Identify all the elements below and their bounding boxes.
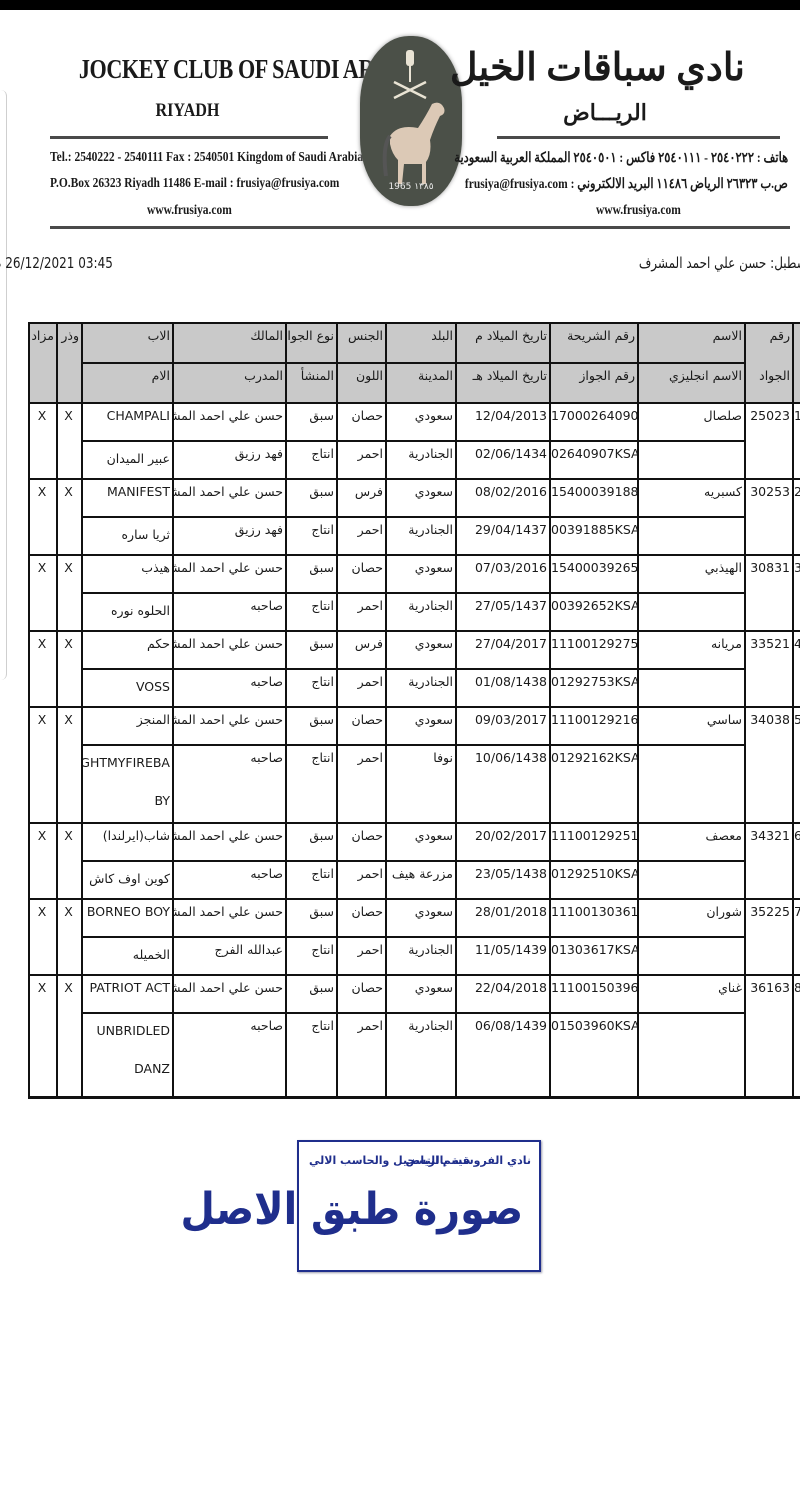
cell-dob_g: 28/01/2018 [455,898,549,936]
cell-passport: 01303617KSA [549,936,637,974]
cell-type: سبق [285,402,336,440]
cell-name: غناي [637,974,744,1012]
stamp-dept: قسم التسجيل والحاسب الالي [309,1154,470,1167]
grid-line [637,322,639,1097]
cell-mazad: X [28,822,56,860]
cell-country: سعودي [385,822,455,860]
cell-horse_no: 30253 [744,478,792,516]
cell-sex: حصان [336,974,385,1012]
cell-horse_no: 34321 [744,822,792,860]
cell-passport: 02640907KSA [549,440,637,478]
grid-line [28,630,800,632]
cell-wathr: X [56,822,81,860]
cell-type: سبق [285,630,336,668]
cell-type: سبق [285,478,336,516]
cell-sex: حصان [336,706,385,744]
cell-horse_no: 35225 [744,898,792,936]
grid-line [81,936,744,938]
header-dob_g: تاريخ الميلاد م [455,322,549,362]
divider [497,136,780,139]
cell-dob_h: 02/06/1434 [455,440,549,478]
cell-sire: شاب(ايرلندا) [81,822,172,860]
cell-sex: حصان [336,898,385,936]
cell-color: احمر [336,1012,385,1097]
cell-name: ساسي [637,706,744,744]
grid-line [81,440,744,442]
cell-passport: 01292753KSA [549,668,637,706]
status-bar [0,0,800,10]
cell-chip: 111001503960 [549,974,637,1012]
cell-sire: PATRIOT ACT [81,974,172,1012]
cell-passport: 00391885KSA [549,516,637,554]
english-contact-line: Tel.: 2540222 - 2540111 Fax : 2540501 Ki… [50,150,363,166]
header-country: البلد [385,322,455,362]
cell-dam: عبير الميدان [81,440,172,478]
cell-owner: حسن علي احمد المشرف [172,478,285,516]
cell-en_name [637,440,744,478]
header-name: الاسم [637,322,744,362]
english-website: www.frusiya.com [147,203,232,219]
cell-chip: 111001303617 [549,898,637,936]
arabic-address-line: ص.ب ٢٦٣٢٣ الرياض ١١٤٨٦ البريد الالكتروني… [465,176,788,193]
grid-line [549,322,551,1097]
cell-type: سبق [285,822,336,860]
cell-sire: هيذب [81,554,172,592]
grid-line [28,322,30,1097]
cell-wathr: X [56,554,81,592]
cell-dob_g: 12/04/2013 [455,402,549,440]
grid-line [744,322,746,1097]
cell-en_name [637,668,744,706]
cell-sex: فرس [336,478,385,516]
cell-color: احمر [336,744,385,822]
header-mazad: مزاد [28,322,56,402]
grid-line [81,516,744,518]
cell-owner: حسن علي احمد المشرف [172,974,285,1012]
cell-sex: حصان [336,822,385,860]
header-dam: الام [81,362,172,402]
header-color: اللون [336,362,385,402]
header-trainer: المدرب [172,362,285,402]
grid-line [336,322,338,1097]
header-dob_h: تاريخ الميلاد هـ [455,362,549,402]
cell-dam: ثريا ساره [81,516,172,554]
cell-name: كسبريه [637,478,744,516]
grid-line [81,744,744,746]
cell-chip: 111001292753 [549,630,637,668]
grid-line [56,322,58,1097]
cell-color: احمر [336,592,385,630]
cell-sire: BORNEO BOY [81,898,172,936]
grid-line [28,478,800,480]
cell-name: معصف [637,822,744,860]
cell-city: الجنادرية [385,1012,455,1097]
header-owner: المالك [172,322,285,362]
grid-line [81,322,83,1097]
cell-color: احمر [336,860,385,898]
cell-city: الجنادرية [385,440,455,478]
certified-copy-stamp: نادي الفروسية بالرياض قسم التسجيل والحاس… [297,1140,541,1272]
cell-wathr: X [56,974,81,1012]
cell-dam: UNBRIDLED DANZ [81,1012,172,1097]
grid-line [28,402,800,404]
report-datetime: 03:45 26/12/2021 م [0,254,113,272]
cell-color: احمر [336,936,385,974]
cell-origin: انتاج [285,860,336,898]
horses-table: مزادوذرالابالامالمالكالمدربنوع الجوادالم… [28,322,800,1097]
grid-line [28,822,800,824]
header-sex: الجنس [336,322,385,362]
grid-line [81,592,744,594]
grid-line [28,898,800,900]
english-address-line: P.O.Box 26323 Riyadh 11486 E-mail : frus… [50,176,339,192]
cell-mazad: X [28,630,56,668]
cell-dam: كوين اوف كاش [81,860,172,898]
grid-line [455,322,457,1097]
cell-en_name [637,936,744,974]
grid-line [172,322,174,1097]
cell-type: سبق [285,974,336,1012]
cell-dob_g: 27/04/2017 [455,630,549,668]
horse-emblem-icon [360,36,462,206]
cell-horse_no: 30831 [744,554,792,592]
cell-origin: انتاج [285,516,336,554]
cell-dob_h: 23/05/1438 [455,860,549,898]
cell-owner: حسن علي احمد المشرف [172,706,285,744]
cell-sire: CHAMPALI [81,402,172,440]
cell-dob_h: 01/08/1438 [455,668,549,706]
cell-name: صلصال [637,402,744,440]
cell-sire: حكم [81,630,172,668]
cell-dob_g: 08/02/2016 [455,478,549,516]
cell-city: الجنادرية [385,936,455,974]
cell-city: نوفا [385,744,455,822]
header-passport: رقم الجواز [549,362,637,402]
cell-passport: 01292162KSA [549,744,637,822]
header-type: نوع الجواد [285,322,336,362]
cell-origin: انتاج [285,668,336,706]
cell-dam: الخميله [81,936,172,974]
cell-dam: LIGHTMYFIREBA BY [81,744,172,822]
header-city: المدينة [385,362,455,402]
cell-passport: 01503960KSA [549,1012,637,1097]
cell-mazad: X [28,402,56,440]
cell-country: سعودي [385,898,455,936]
cell-country: سعودي [385,974,455,1012]
grid-line [81,1012,744,1014]
arabic-city: الريـــاض [530,100,680,126]
cell-owner: حسن علي احمد المشرف [172,630,285,668]
cell-dob_h: 10/06/1438 [455,744,549,822]
cell-trainer: صاحبه [172,592,285,630]
grid-line [81,860,744,862]
grid-line [28,706,800,708]
cell-name: شوران [637,898,744,936]
cell-trainer: صاحبه [172,744,285,822]
cell-trainer: عبدالله الفرج [172,936,285,974]
cell-chip: 170002640907 [549,402,637,440]
cell-chip: 154000392652 [549,554,637,592]
cell-country: سعودي [385,478,455,516]
header-chip: رقم الشريحة [549,322,637,362]
cell-sex: حصان [336,554,385,592]
cell-color: احمر [336,440,385,478]
grid-line [28,554,800,556]
grid-line [28,1096,800,1099]
grid-line [81,668,744,670]
cell-sire: المنجز [81,706,172,744]
page-edge [0,90,7,680]
cell-wathr: X [56,402,81,440]
arabic-contact-line: هاتف : ٢٥٤٠٢٢٢ - ٢٥٤٠١١١ فاكس : ٢٥٤٠٥٠١ … [454,150,788,167]
cell-horse_no: 34038 [744,706,792,744]
cell-country: سعودي [385,630,455,668]
cell-dam: الحلوه نوره [81,592,172,630]
cell-mazad: X [28,974,56,1012]
cell-horse_no: 33521 [744,630,792,668]
cell-sex: فرس [336,630,385,668]
grid-line [28,322,800,324]
stable-owner-label: اسطبل: حسن علي احمد المشرف [639,254,800,272]
divider [50,226,790,229]
arabic-club-title: نادي سباقات الخيل [475,45,745,90]
cell-en_name [637,516,744,554]
grid-line [28,974,800,976]
cell-owner: حسن علي احمد المشرف [172,898,285,936]
cell-wathr: X [56,706,81,744]
jockey-club-logo: 1965 ١٣٨٥ [360,36,462,206]
cell-dob_h: 06/08/1439 [455,1012,549,1097]
cell-dob_h: 29/04/1437 [455,516,549,554]
cell-sire: MANIFEST [81,478,172,516]
grid-line [285,322,287,1097]
cell-origin: انتاج [285,744,336,822]
header-origin: المنشأ [285,362,336,402]
cell-passport: 01292510KSA [549,860,637,898]
cell-color: احمر [336,668,385,706]
cell-country: سعودي [385,554,455,592]
cell-chip: 154000391885 [549,478,637,516]
cell-color: احمر [336,516,385,554]
cell-trainer: صاحبه [172,860,285,898]
cell-name: مريانه [637,630,744,668]
english-club-title: JOCKEY CLUB OF SAUDI ARABIA [79,54,296,85]
cell-passport: 00392652KSA [549,592,637,630]
cell-dob_g: 22/04/2018 [455,974,549,1012]
grid-line [792,322,794,1097]
grid-line [81,362,744,364]
cell-dob_g: 20/02/2017 [455,822,549,860]
cell-dam: VOSS [81,668,172,706]
cell-chip: 111001292162 [549,706,637,744]
cell-horse_no: 36163 [744,974,792,1012]
cell-mazad: X [28,478,56,516]
cell-wathr: X [56,478,81,516]
grid-line [385,322,387,1097]
cell-dob_g: 09/03/2017 [455,706,549,744]
cell-country: سعودي [385,402,455,440]
cell-horse_no: 25023 [744,402,792,440]
cell-en_name [637,744,744,822]
cell-dob_h: 27/05/1437 [455,592,549,630]
header-horse-no-2: الجواد [744,362,792,402]
cell-dob_g: 07/03/2016 [455,554,549,592]
cell-en_name [637,860,744,898]
cell-city: الجنادرية [385,668,455,706]
cell-type: سبق [285,706,336,744]
cell-owner: حسن علي احمد المشرف [172,554,285,592]
cell-owner: حسن علي احمد المشرف [172,402,285,440]
english-city: RIYADH [75,100,300,122]
cell-wathr: X [56,630,81,668]
header-en_name: الاسم انجليزي [637,362,744,402]
cell-chip: 111001292510 [549,822,637,860]
cell-type: سبق [285,554,336,592]
cell-city: الجنادرية [385,516,455,554]
cell-trainer: فهد رزيق [172,440,285,478]
cell-mazad: X [28,898,56,936]
cell-origin: انتاج [285,592,336,630]
cell-name: الهيذبي [637,554,744,592]
cell-country: سعودي [385,706,455,744]
stamp-text: صورة طبق الاصل [311,1184,523,1235]
cell-city: الجنادرية [385,592,455,630]
cell-mazad: X [28,554,56,592]
cell-owner: حسن علي احمد المشرف [172,822,285,860]
cell-city: مزرعة هيف [385,860,455,898]
divider [50,136,328,139]
cell-origin: انتاج [285,936,336,974]
cell-wathr: X [56,898,81,936]
cell-origin: انتاج [285,1012,336,1097]
cell-trainer: صاحبه [172,1012,285,1097]
cell-dob_h: 11/05/1439 [455,936,549,974]
header-sire: الاب [81,322,172,362]
cell-trainer: فهد رزيق [172,516,285,554]
header-wathr: وذر [56,322,81,402]
cell-sex: حصان [336,402,385,440]
cell-trainer: صاحبه [172,668,285,706]
cell-origin: انتاج [285,440,336,478]
cell-type: سبق [285,898,336,936]
arabic-website: www.frusiya.com [596,203,681,219]
cell-mazad: X [28,706,56,744]
cell-en_name [637,592,744,630]
logo-years: 1965 ١٣٨٥ [360,182,462,192]
cell-en_name [637,1012,744,1097]
